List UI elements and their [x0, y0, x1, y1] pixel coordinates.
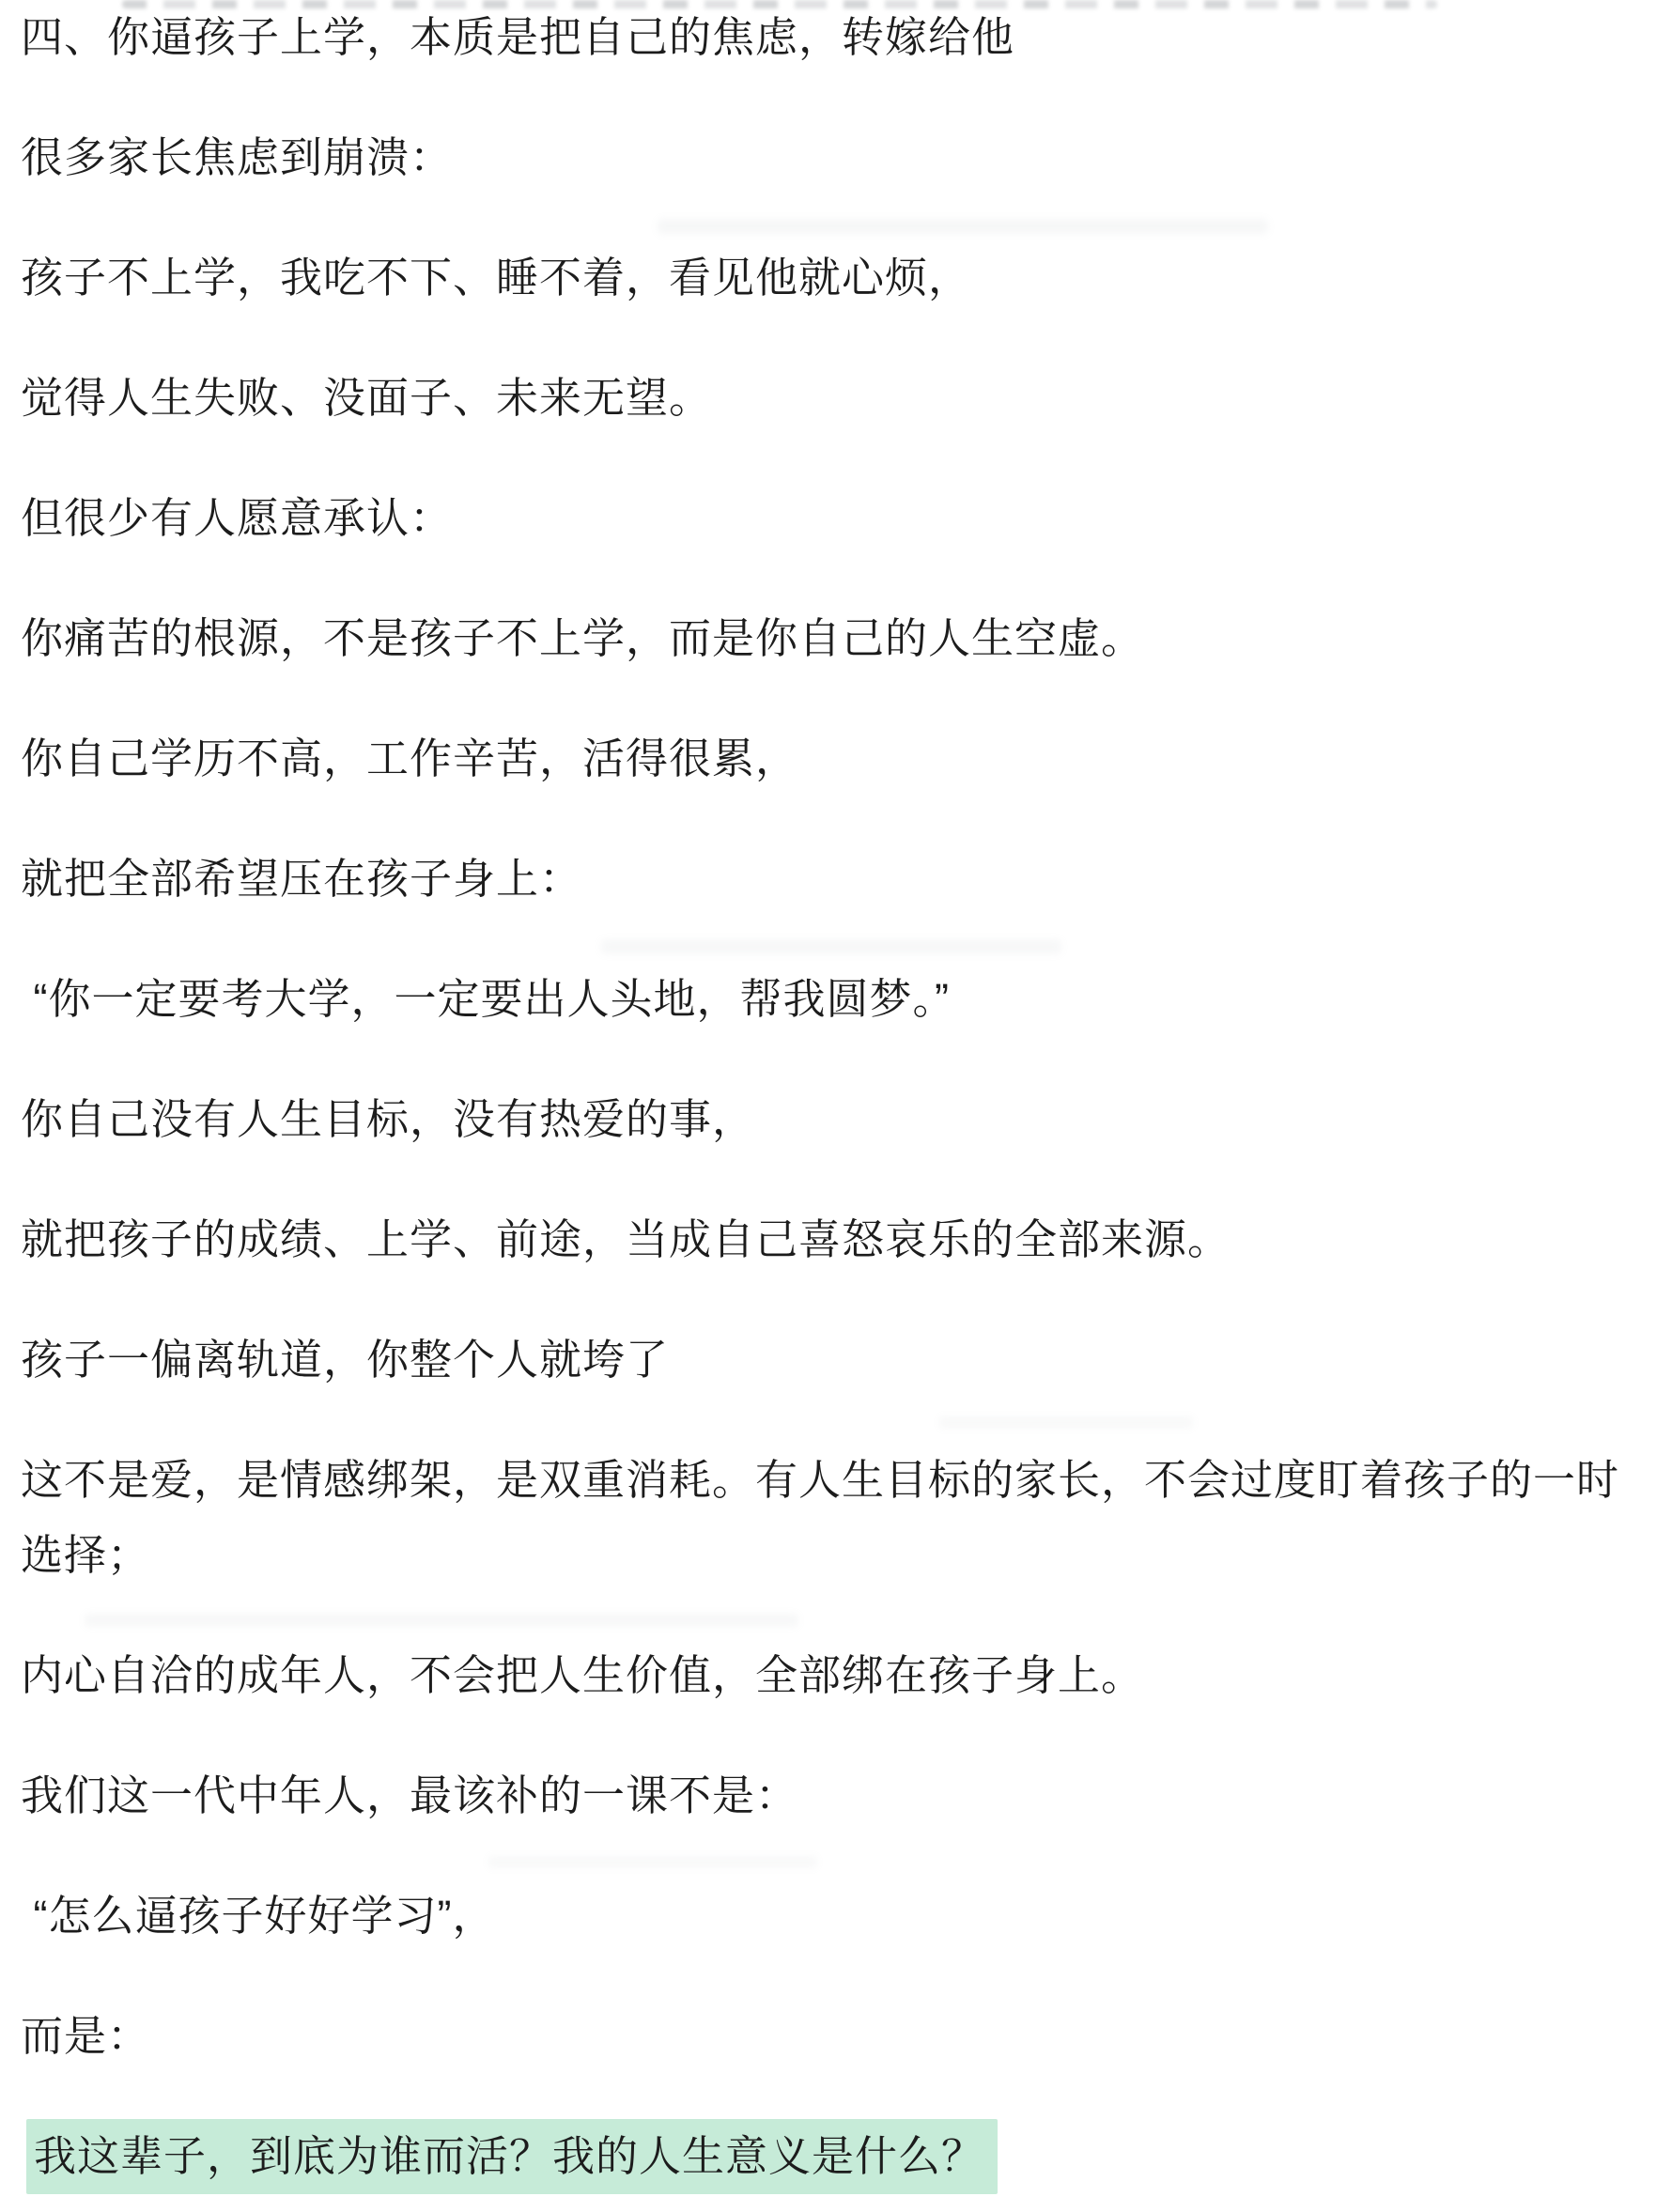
paragraph: 而是： [21, 1999, 1639, 2074]
article-content: 四、你逼孩子上学，本质是把自己的焦虑，转嫁给他 很多家长焦虑到崩溃： 孩子不上学… [0, 0, 1639, 2194]
paragraph: 我这辈子，到底为谁而活？我的人生意义是什么？ [21, 2119, 1639, 2194]
article-page: 四、你逼孩子上学，本质是把自己的焦虑，转嫁给他 很多家长焦虑到崩溃： 孩子不上学… [0, 0, 1672, 2212]
paragraph: 你自己学历不高，工作辛苦，活得很累， [21, 721, 1639, 797]
quote-paragraph: “怎么逼孩子好好学习”， [21, 1879, 1639, 1954]
paragraph: 孩子不上学，我吃不下、睡不着，看见他就心烦， [21, 240, 1639, 316]
quote-paragraph: “你一定要考大学，一定要出人头地，帮我圆梦。” [21, 962, 1639, 1037]
highlighted-sentence: 我这辈子，到底为谁而活？我的人生意义是什么？ [26, 2119, 998, 2194]
paragraph: 很多家长焦虑到崩溃： [21, 120, 1639, 195]
paragraph: 就把全部希望压在孩子身上： [21, 842, 1639, 917]
section-heading: 四、你逼孩子上学，本质是把自己的焦虑，转嫁给他 [21, 0, 1639, 75]
paragraph: 孩子一偏离轨道，你整个人就垮了 [21, 1323, 1639, 1398]
paragraph: 我们这一代中年人，最该补的一课不是： [21, 1758, 1639, 1833]
paragraph: 这不是爱，是情感绑架，是双重消耗。有人生目标的家长，不会过度盯着孩子的一时 选择… [21, 1443, 1639, 1593]
paragraph: 但很少有人愿意承认： [21, 481, 1639, 556]
paragraph: 你自己没有人生目标，没有热爱的事， [21, 1082, 1639, 1157]
paragraph: 你痛苦的根源，不是孩子不上学，而是你自己的人生空虚。 [21, 601, 1639, 676]
paragraph: 觉得人生失败、没面子、未来无望。 [21, 361, 1639, 436]
paragraph: 内心自洽的成年人，不会把人生价值，全部绑在孩子身上。 [21, 1638, 1639, 1713]
paragraph: 就把孩子的成绩、上学、前途，当成自己喜怒哀乐的全部来源。 [21, 1202, 1639, 1277]
